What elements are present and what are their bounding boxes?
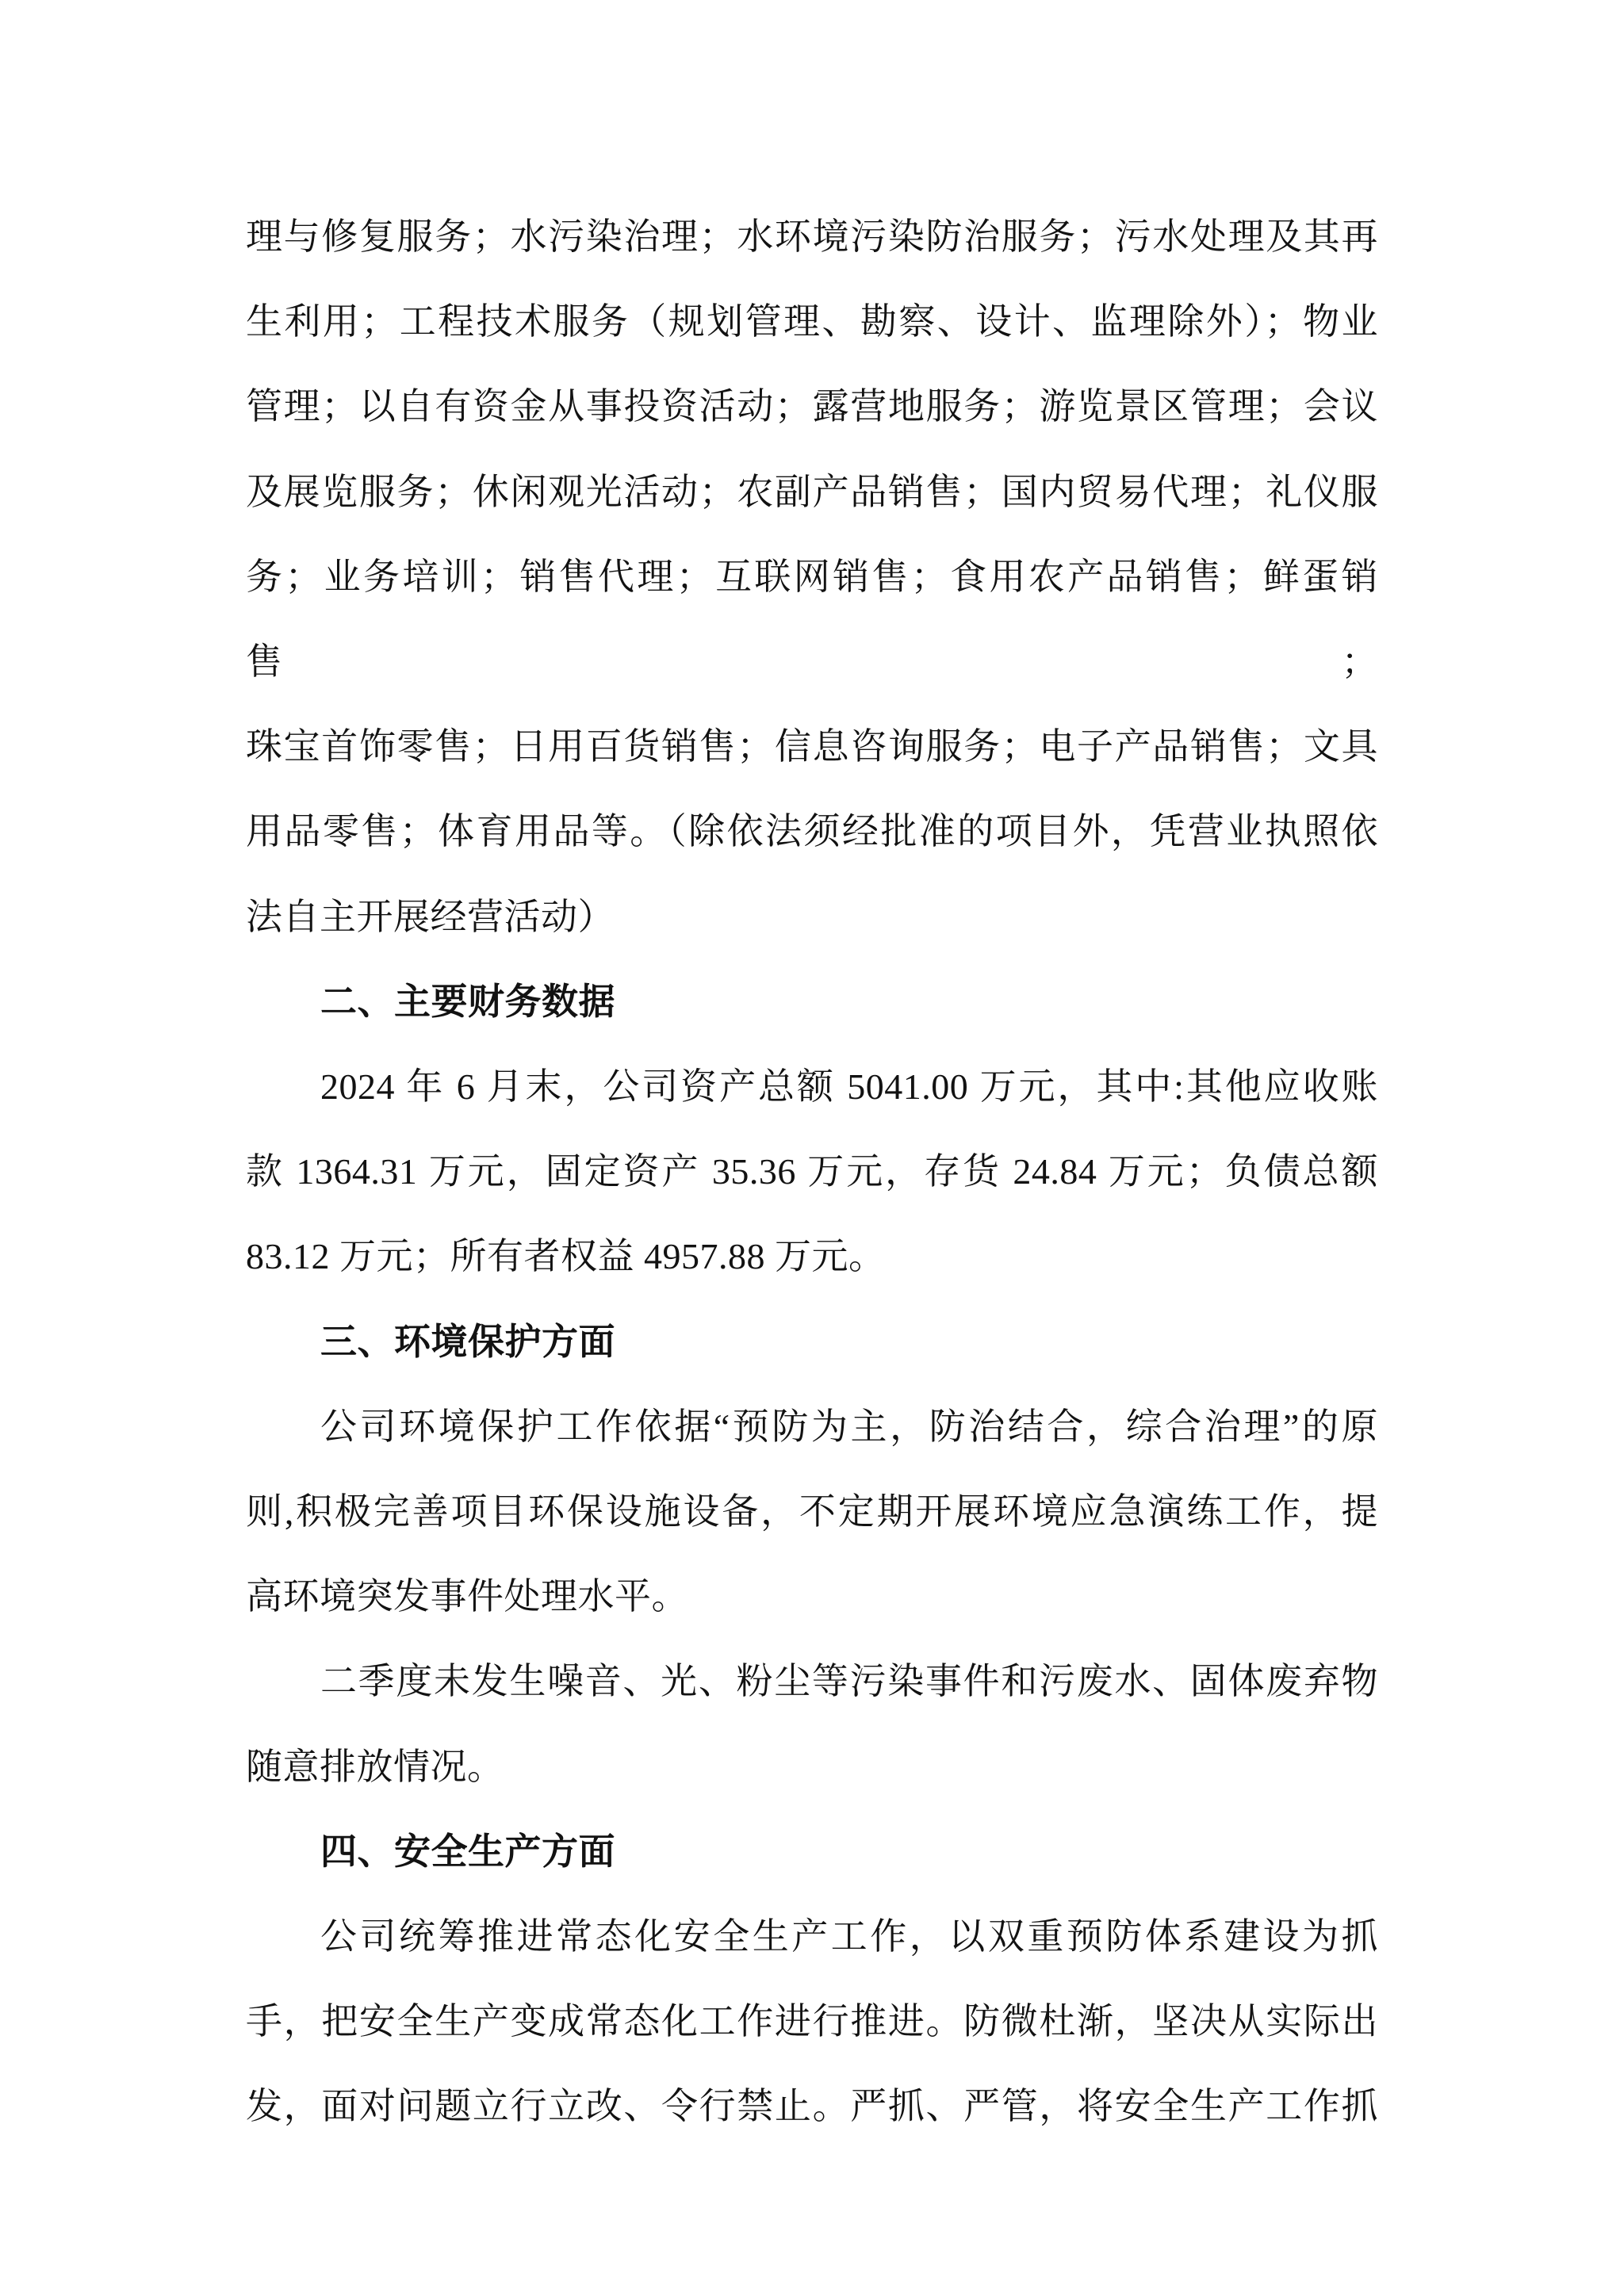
paragraph-line: 则,积极完善项目环保设施设备，不定期开展环境应急演练工作，提 [246, 1469, 1378, 1554]
document-page: 理与修复服务；水污染治理；水环境污染防治服务；污水处理及其再生利用；工程技术服务… [0, 0, 1624, 2296]
paragraph-line: 公司统筹推进常态化安全生产工作，以双重预防体系建设为抓 [246, 1894, 1378, 1979]
section-heading: 二、主要财务数据 [246, 959, 1378, 1044]
paragraph-line: 理与修复服务；水污染治理；水环境污染防治服务；污水处理及其再 [246, 194, 1378, 279]
paragraph-line: 发，面对问题立行立改、令行禁止。严抓、严管，将安全生产工作抓 [246, 2064, 1378, 2149]
paragraph-line: 随意排放情况。 [246, 1724, 1378, 1809]
document-text-block: 理与修复服务；水污染治理；水环境污染防治服务；污水处理及其再生利用；工程技术服务… [246, 194, 1378, 2149]
section-heading: 三、环境保护方面 [246, 1299, 1378, 1384]
paragraph-line: 公司环境保护工作依据“预防为主，防治结合，综合治理”的原 [246, 1384, 1378, 1469]
paragraph-line: 法自主开展经营活动） [246, 874, 1378, 959]
paragraph-line: 83.12 万元；所有者权益 4957.88 万元。 [246, 1214, 1378, 1299]
paragraph-line: 款 1364.31 万元，固定资产 35.36 万元，存货 24.84 万元；负… [246, 1129, 1378, 1214]
paragraph-line: 珠宝首饰零售；日用百货销售；信息咨询服务；电子产品销售；文具 [246, 704, 1378, 789]
paragraph-line: 及展览服务；休闲观光活动；农副产品销售；国内贸易代理；礼仪服 [246, 450, 1378, 534]
paragraph-line: 高环境突发事件处理水平。 [246, 1554, 1378, 1639]
paragraph-line: 用品零售；体育用品等。（除依法须经批准的项目外，凭营业执照依 [246, 789, 1378, 874]
paragraph-line: 2024 年 6 月末，公司资产总额 5041.00 万元，其中:其他应收账 [246, 1044, 1378, 1129]
section-heading: 四、安全生产方面 [246, 1809, 1378, 1894]
paragraph-line: 二季度未发生噪音、光、粉尘等污染事件和污废水、固体废弃物 [246, 1639, 1378, 1724]
paragraph-line: 手，把安全生产变成常态化工作进行推进。防微杜渐，坚决从实际出 [246, 1979, 1378, 2064]
paragraph-line: 管理；以自有资金从事投资活动；露营地服务；游览景区管理；会议 [246, 364, 1378, 449]
paragraph-line: 生利用；工程技术服务（规划管理、勘察、设计、监理除外）；物业 [246, 279, 1378, 364]
paragraph-line: 务；业务培训；销售代理；互联网销售；食用农产品销售；鲜蛋销售； [246, 534, 1378, 704]
